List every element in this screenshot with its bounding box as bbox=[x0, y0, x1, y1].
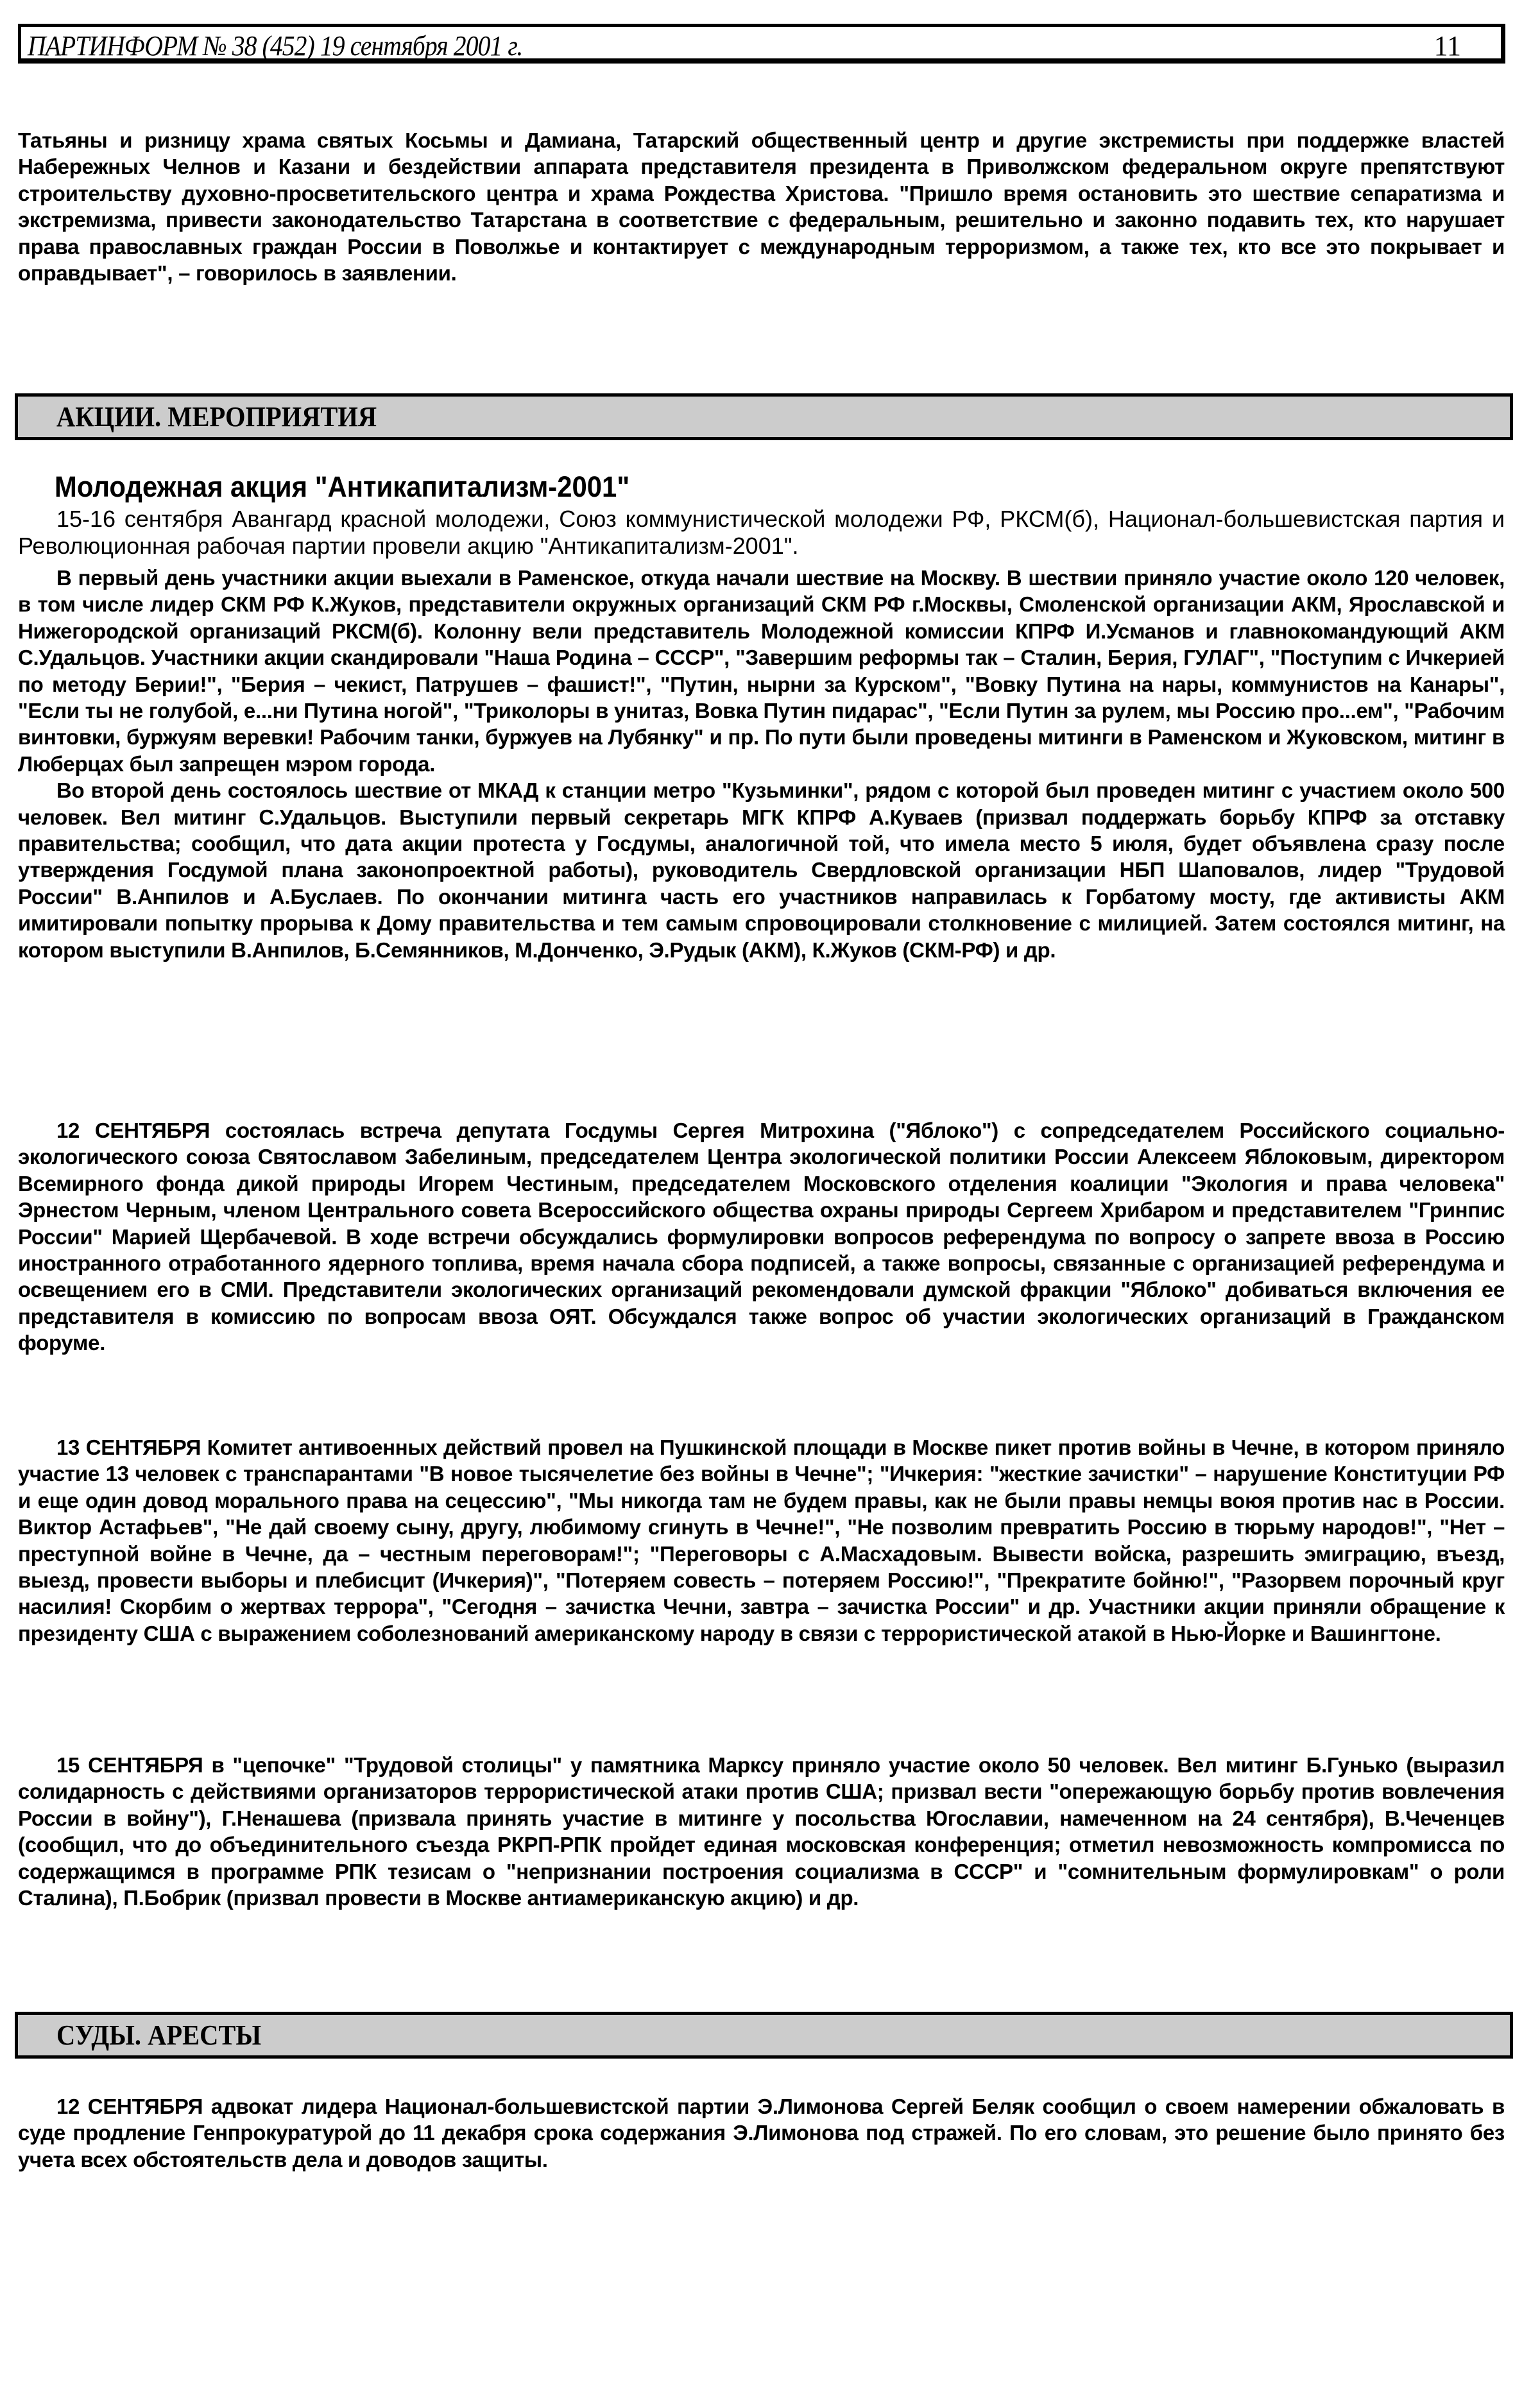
section-heading-text: АКЦИИ. МЕРОПРИЯТИЯ bbox=[56, 400, 377, 433]
article-lead: 15-16 сентября Авангард красной молодежи… bbox=[18, 506, 1505, 560]
news-item: 13 СЕНТЯБРЯ Комитет антивоенных действий… bbox=[18, 1434, 1505, 1647]
article-lead-text: 15-16 сентября Авангард красной молодежи… bbox=[18, 506, 1505, 560]
news-item: 12 СЕНТЯБРЯ адвокат лидера Национал-боль… bbox=[18, 2093, 1505, 2173]
news-item-text: Комитет антивоенных действий провел на П… bbox=[18, 1435, 1505, 1645]
news-item: 12 СЕНТЯБРЯ состоялась встреча депутата … bbox=[18, 1117, 1505, 1357]
news-item: 15 СЕНТЯБРЯ в "цепочке" "Трудовой столиц… bbox=[18, 1752, 1505, 1911]
article-paragraph: Во второй день состоялось шествие от МКА… bbox=[18, 777, 1505, 963]
page-header: ПАРТИНФОРМ № 38 (452) 19 сентября 2001 г… bbox=[18, 24, 1505, 64]
news-item-date: 12 СЕНТЯБРЯ bbox=[56, 2095, 203, 2118]
section-heading-text: СУДЫ. АРЕСТЫ bbox=[56, 2019, 261, 2052]
news-item-text: в "цепочке" "Трудовой столицы" у памятни… bbox=[18, 1753, 1505, 1910]
news-item-date: 12 СЕНТЯБРЯ bbox=[56, 1118, 210, 1142]
news-item-text: адвокат лидера Национал-большевистской п… bbox=[18, 2095, 1505, 2172]
article-title: Молодежная акция "Антикапитализм-2001" bbox=[55, 470, 629, 504]
section-heading-courts: СУДЫ. АРЕСТЫ bbox=[15, 2012, 1513, 2059]
news-item-date: 13 СЕНТЯБРЯ bbox=[56, 1435, 201, 1459]
news-item-date: 15 СЕНТЯБРЯ bbox=[56, 1753, 203, 1777]
intro-paragraph: Татьяны и ризницу храма святых Косьмы и … bbox=[18, 127, 1505, 286]
news-item-text: состоялась встреча депутата Госдумы Серг… bbox=[18, 1118, 1505, 1355]
intro-text: Татьяны и ризницу храма святых Косьмы и … bbox=[18, 127, 1505, 286]
section-heading-actions: АКЦИИ. МЕРОПРИЯТИЯ bbox=[15, 393, 1513, 440]
page-number: 11 bbox=[1434, 30, 1461, 62]
article-body: В первый день участники акции выехали в … bbox=[18, 565, 1505, 963]
article-paragraph: В первый день участники акции выехали в … bbox=[18, 565, 1505, 777]
publication-title: ПАРТИНФОРМ № 38 (452) 19 сентября 2001 г… bbox=[28, 30, 522, 62]
